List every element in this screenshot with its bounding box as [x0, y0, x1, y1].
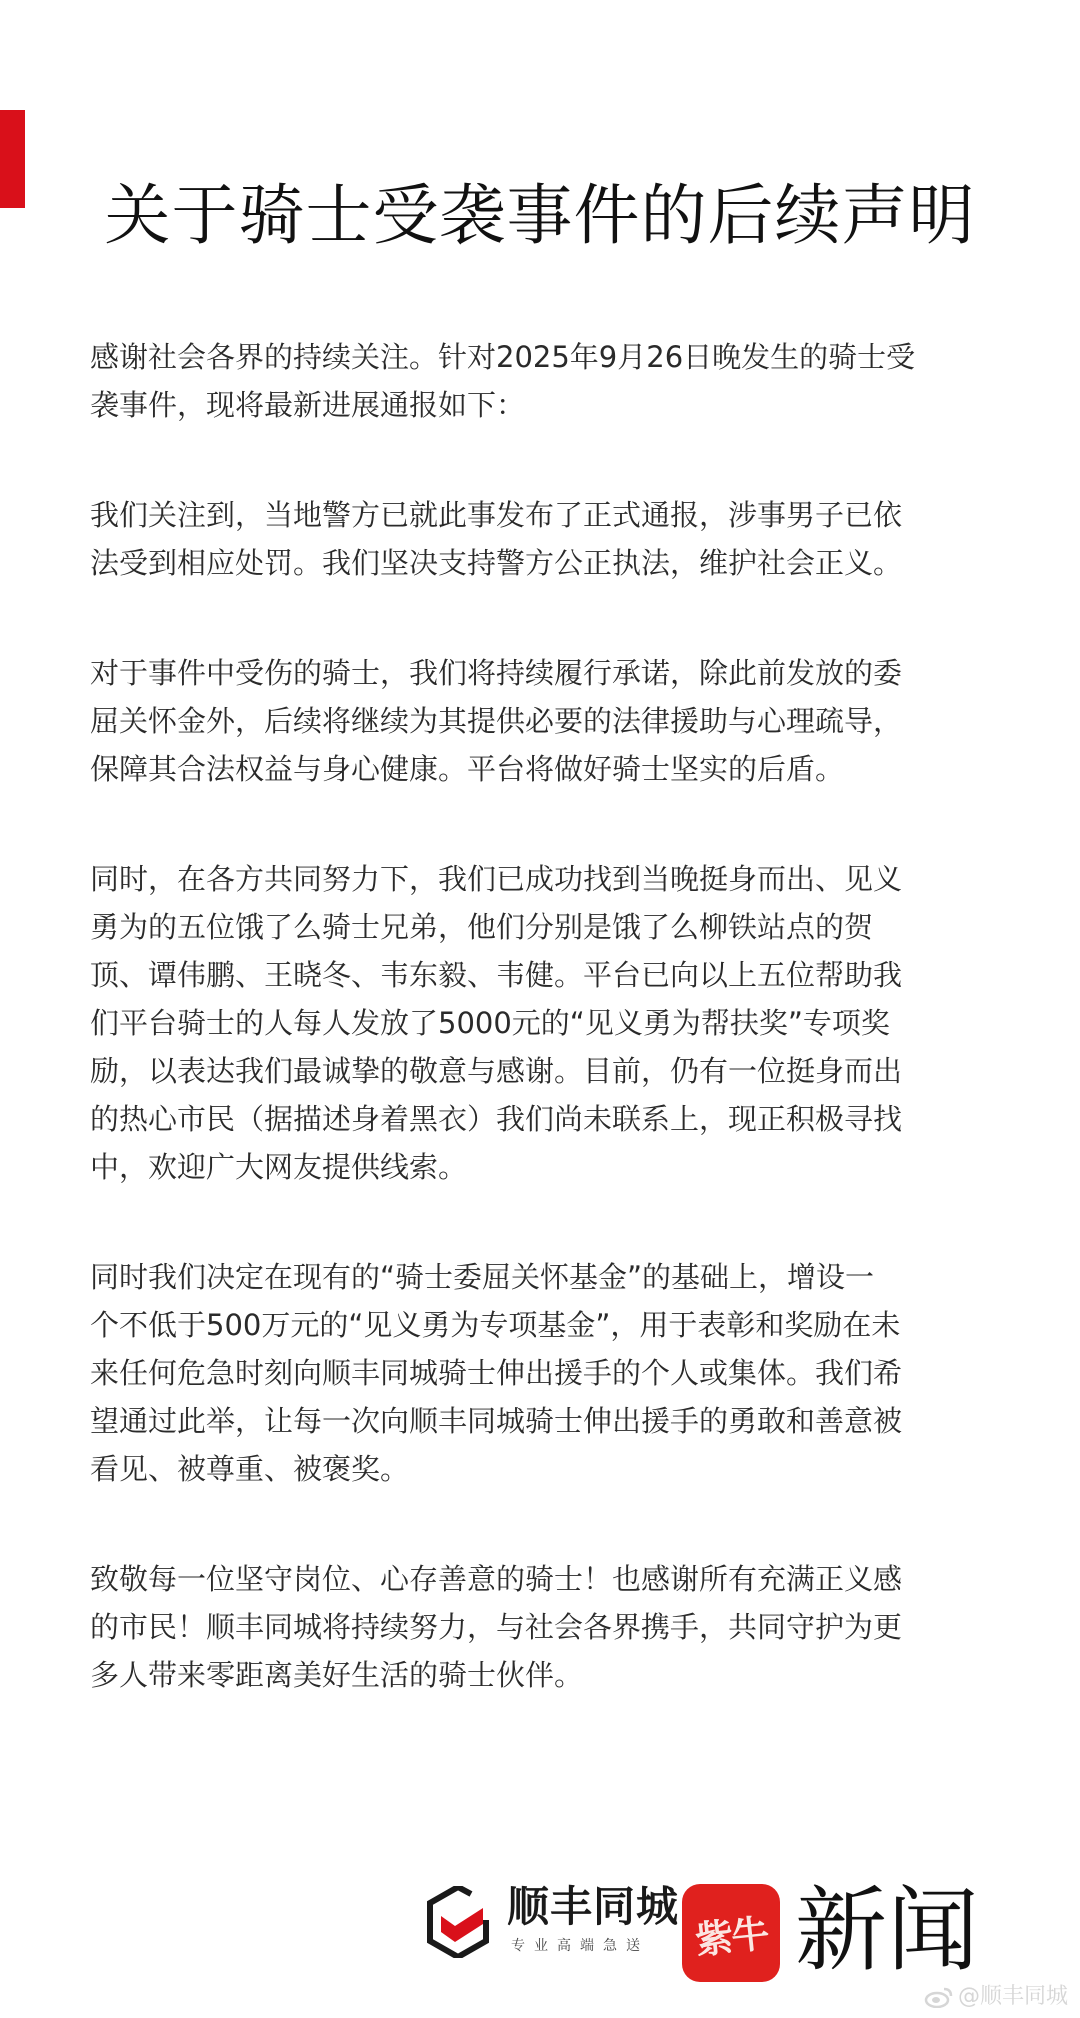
weibo-watermark-text: @顺丰同城 [958, 1984, 1068, 2010]
text-line: 法受到相应处罚。我们坚决支持警方公正执法，维护社会正义。 [90, 539, 990, 587]
ziniu-news-logo-icon: 紫牛 [682, 1884, 780, 1982]
statement-body: 感谢社会各界的持续关注。针对2025年9月26日晚发生的骑士受 袭事件，现将最新… [90, 333, 990, 1699]
paragraph-police-notice: 我们关注到，当地警方已就此事发布了正式通报，涉事男子已依 法受到相应处罚。我们坚… [90, 491, 990, 587]
text-line: 感谢社会各界的持续关注。针对2025年9月26日晚发生的骑士受 [90, 333, 990, 381]
text-line: 个不低于500万元的“见义勇为专项基金”，用于表彰和奖励在未 [90, 1301, 990, 1349]
text-line: 的热心市民（据描述身着黑衣）我们尚未联系上，现正积极寻找 [90, 1095, 990, 1143]
footer-logos: 顺丰同城 专业高端急送 紫牛 新闻 @顺丰同城 [0, 1860, 1080, 2018]
text-line: 同时我们决定在现有的“骑士委屈关怀基金”的基础上，增设一 [90, 1253, 990, 1301]
weibo-icon [924, 1986, 954, 2008]
text-line: 袭事件，现将最新进展通报如下： [90, 381, 990, 429]
weibo-watermark: @顺丰同城 [924, 1984, 1068, 2010]
text-line: 们平台骑士的人每人发放了5000元的“见义勇为帮扶奖”专项奖 [90, 999, 990, 1047]
paragraph-special-fund: 同时我们决定在现有的“骑士委屈关怀基金”的基础上，增设一 个不低于500万元的“… [90, 1253, 990, 1493]
paragraph-injured-rider-support: 对于事件中受伤的骑士，我们将持续履行承诺，除此前发放的委 屈关怀金外，后续将继续… [90, 649, 990, 793]
statement-title: 关于骑士受袭事件的后续声明 [0, 176, 1080, 256]
sf-brand-slogan: 专业高端急送 [511, 1938, 649, 1954]
text-line: 看见、被尊重、被褒奖。 [90, 1445, 990, 1493]
ziniu-news-wordmark: 新闻 [795, 1876, 979, 1986]
text-line: 屈关怀金外，后续将继续为其提供必要的法律援助与心理疏导， [90, 697, 990, 745]
text-line: 励，以表达我们最诚挚的敬意与感谢。目前，仍有一位挺身而出 [90, 1047, 990, 1095]
text-line: 致敬每一位坚守岗位、心存善意的骑士！也感谢所有充满正义感 [90, 1555, 990, 1603]
text-line: 来任何危急时刻向顺丰同城骑士伸出援手的个人或集体。我们希 [90, 1349, 990, 1397]
text-line: 多人带来零距离美好生活的骑士伙伴。 [90, 1651, 990, 1699]
text-line: 对于事件中受伤的骑士，我们将持续履行承诺，除此前发放的委 [90, 649, 990, 697]
text-line: 同时，在各方共同努力下，我们已成功找到当晚挺身而出、见义 [90, 855, 990, 903]
text-line: 的市民！顺丰同城将持续努力，与社会各界携手，共同守护为更 [90, 1603, 990, 1651]
text-line: 望通过此举，让每一次向顺丰同城骑士伸出援手的勇敢和善意被 [90, 1397, 990, 1445]
text-line: 中，欢迎广大网友提供线索。 [90, 1143, 990, 1191]
text-line: 勇为的五位饿了么骑士兄弟，他们分别是饿了么柳铁站点的贺 [90, 903, 990, 951]
sf-brand-name: 顺丰同城 [507, 1882, 679, 1932]
sf-intra-city-logo: 顺丰同城 专业高端急送 [427, 1878, 657, 1968]
ziniu-logo-text: 紫牛 [692, 1902, 769, 1964]
paragraph-intro: 感谢社会各界的持续关注。针对2025年9月26日晚发生的骑士受 袭事件，现将最新… [90, 333, 990, 429]
text-line: 我们关注到，当地警方已就此事发布了正式通报，涉事男子已依 [90, 491, 990, 539]
paragraph-heroes-reward: 同时，在各方共同努力下，我们已成功找到当晚挺身而出、见义 勇为的五位饿了么骑士兄… [90, 855, 990, 1191]
text-line: 保障其合法权益与身心健康。平台将做好骑士坚实的后盾。 [90, 745, 990, 793]
sf-intra-city-logo-icon [427, 1886, 489, 1958]
paragraph-closing-tribute: 致敬每一位坚守岗位、心存善意的骑士！也感谢所有充满正义感 的市民！顺丰同城将持续… [90, 1555, 990, 1699]
text-line: 顶、谭伟鹏、王晓冬、韦东毅、韦健。平台已向以上五位帮助我 [90, 951, 990, 999]
